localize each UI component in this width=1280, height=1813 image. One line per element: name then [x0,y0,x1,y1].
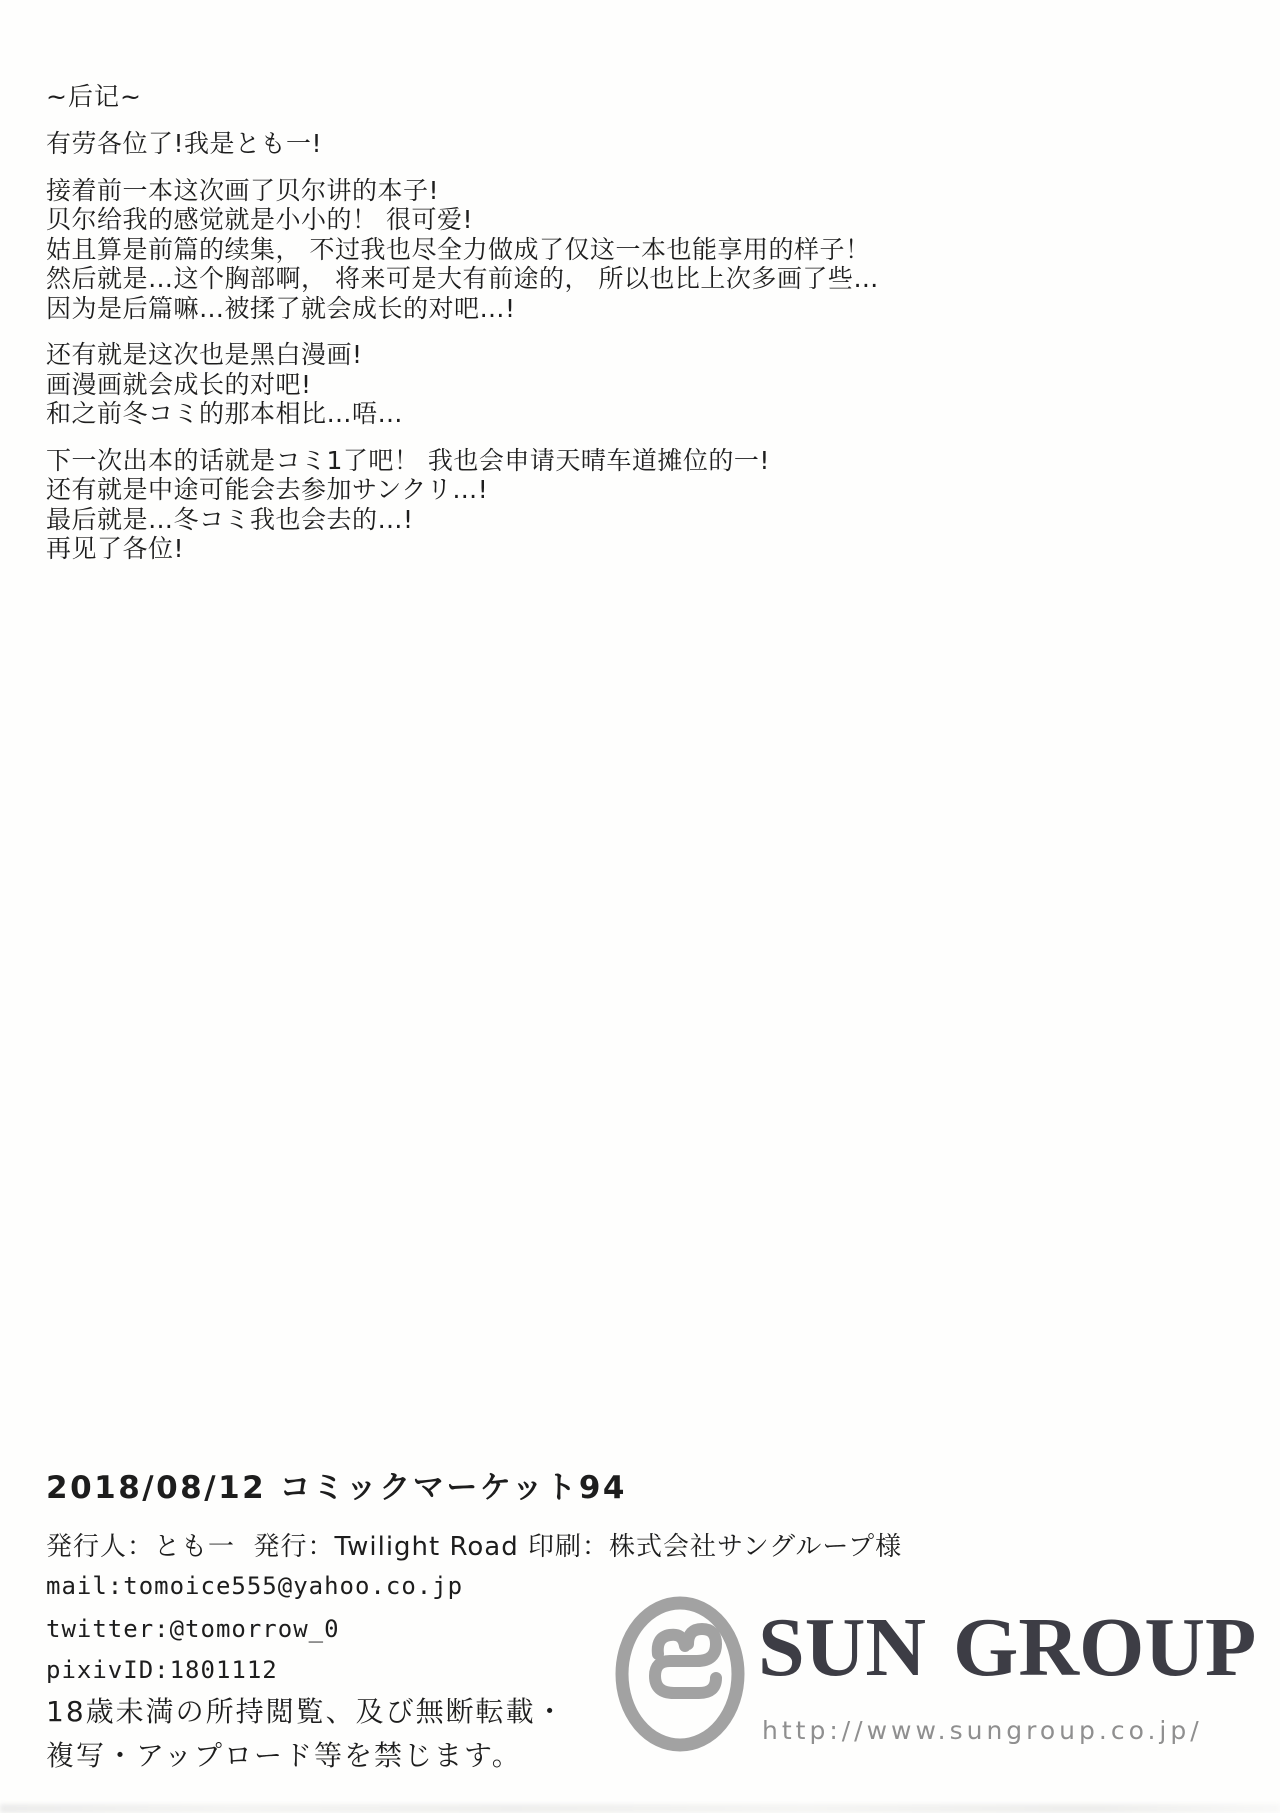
printer-logo: SUN GROUP http://www.sungroup.co.jp/ [608,1588,1268,1768]
afterword-gap [46,112,879,129]
afterword-line: 下一次出本的话就是コミ1了吧！ 我也会申请天晴车道摊位的一! [46,446,879,476]
afterword-line: 贝尔给我的感觉就是小小的！ 很可爱! [46,205,879,235]
publisher-line: 発行人：とも一 発行：Twilight Road 印刷：株式会社サングループ様 [46,1526,902,1563]
afterword-line: 然后就是…这个胸部啊， 将来可是大有前途的， 所以也比上次多画了些… [46,264,879,294]
afterword-line: 姑且算是前篇的续集， 不过我也尽全力做成了仅这一本也能享用的样子！ [46,235,879,265]
pixiv-id: pixivID:1801112 [46,1656,278,1684]
afterword-gap [46,429,879,446]
afterword-line: 最后就是…冬コミ我也会去的…! [46,505,879,535]
afterword-page: ~后记~ 有劳各位了!我是とも一!接着前一本这次画了贝尔讲的本子!贝尔给我的感觉… [0,0,1280,1813]
afterword-title: ~后记~ [46,82,879,112]
scan-artifact-strip [0,1804,1280,1813]
afterword-line: 还有就是这次也是黑白漫画! [46,340,879,370]
age-warning-line-2: 複写・アップロード等を禁じます。 [46,1734,522,1774]
afterword-text-block: ~后记~ 有劳各位了!我是とも一!接着前一本这次画了贝尔讲的本子!贝尔给我的感觉… [46,82,879,564]
afterword-line: 接着前一本这次画了贝尔讲的本子! [46,176,879,206]
afterword-line: 有劳各位了!我是とも一! [46,129,879,159]
afterword-lines: 有劳各位了!我是とも一!接着前一本这次画了贝尔讲的本子!贝尔给我的感觉就是小小的… [46,112,879,564]
twitter-handle: twitter:@tomorrow_0 [46,1615,340,1643]
sun-group-emblem-icon [612,1594,750,1756]
afterword-gap [46,159,879,176]
afterword-gap [46,323,879,340]
mail-address: mail:tomoice555@yahoo.co.jp [46,1572,463,1600]
event-date-line: 2018/08/12 コミックマーケット94 [46,1462,627,1507]
afterword-line: 再见了各位! [46,534,879,564]
sun-group-wordmark: SUN GROUP [758,1606,1256,1690]
afterword-line: 画漫画就会成长的对吧! [46,370,879,400]
age-warning-line-1: 18歳未満の所持閲覧、及び無断転載・ [46,1690,566,1730]
afterword-line: 还有就是中途可能会去参加サンクリ…! [46,475,879,505]
afterword-line: 因为是后篇嘛…被揉了就会成长的对吧…! [46,294,879,324]
sun-group-url: http://www.sungroup.co.jp/ [762,1716,1203,1745]
afterword-line: 和之前冬コミ的那本相比…唔… [46,399,879,429]
